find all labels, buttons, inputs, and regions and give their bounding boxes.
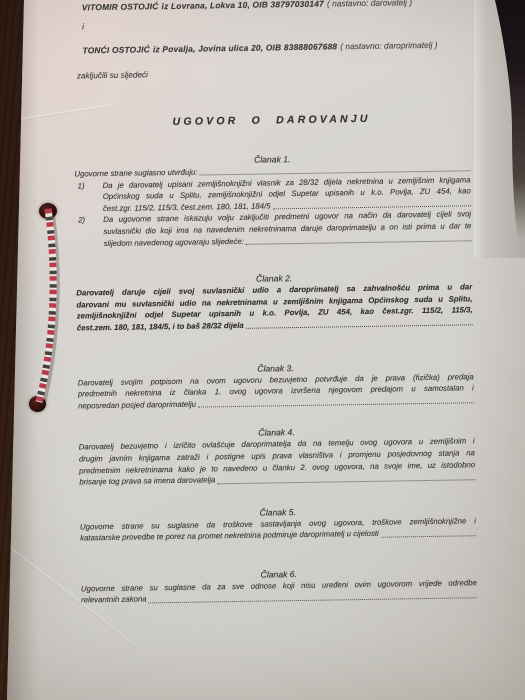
party1-name: VITOMIR OSTOJIĆ xyxy=(82,1,159,12)
dotted-leader xyxy=(381,535,476,537)
dotted-leader xyxy=(246,325,473,330)
article-4: Članak 4. Darovatelj bezuvjetno i izriči… xyxy=(78,424,475,489)
party-darovatelj: VITOMIR OSTOJIĆiz Lovrana, Lokva 10, OIB… xyxy=(72,0,468,14)
party2-details: iz Povalja, Jovina ulica 20, OIB 8388806… xyxy=(153,41,337,54)
item-number: 1) xyxy=(75,180,104,215)
dotted-leader xyxy=(149,597,478,603)
paper-sheet: VITOMIR OSTOJIĆiz Lovrana, Lokva 10, OIB… xyxy=(0,0,525,700)
contract-title: UGOVOR O DAROVANJU xyxy=(74,111,470,130)
conjunction: i xyxy=(72,15,468,32)
article-2: Članak 2. Darovatelj daruje cijeli svoj … xyxy=(76,269,473,334)
party1-note: ( nastavno: darovatelj ) xyxy=(327,0,412,9)
article-1: Članak 1. Ugovorne strane suglasno utvrđ… xyxy=(74,150,471,249)
binding-string-icon xyxy=(16,194,72,420)
dotted-leader xyxy=(217,479,475,484)
party2-name: TONĆI OSTOJIĆ xyxy=(82,44,150,55)
photo-of-document: VITOMIR OSTOJIĆiz Lovrana, Lokva 10, OIB… xyxy=(0,0,525,700)
article-6: Članak 6. Ugovorne strane su suglasne da… xyxy=(81,565,478,606)
dark-object-top-right xyxy=(462,0,525,245)
article-5: Članak 5. Ugovorne strane su suglasne da… xyxy=(80,503,477,544)
dotted-leader xyxy=(198,402,474,407)
article-1-item-2: 2) Da ugovorne strane iskazuju volju zak… xyxy=(75,209,471,250)
party2-note: ( nastavno: daroprimatelj ) xyxy=(340,40,437,52)
item-number: 2) xyxy=(75,214,104,249)
article-3: Članak 3. Darovatelj svojim potpisom na … xyxy=(77,359,474,412)
dotted-leader xyxy=(246,240,472,245)
preamble: zaključili su sljedeći xyxy=(73,64,469,81)
contract-content: VITOMIR OSTOJIĆiz Lovrana, Lokva 10, OIB… xyxy=(72,0,477,607)
party1-details: iz Lovrana, Lokva 10, OIB 38797030147 xyxy=(161,0,324,11)
party-daroprimatelj: TONĆI OSTOJIĆiz Povalja, Jovina ulica 20… xyxy=(72,39,468,56)
